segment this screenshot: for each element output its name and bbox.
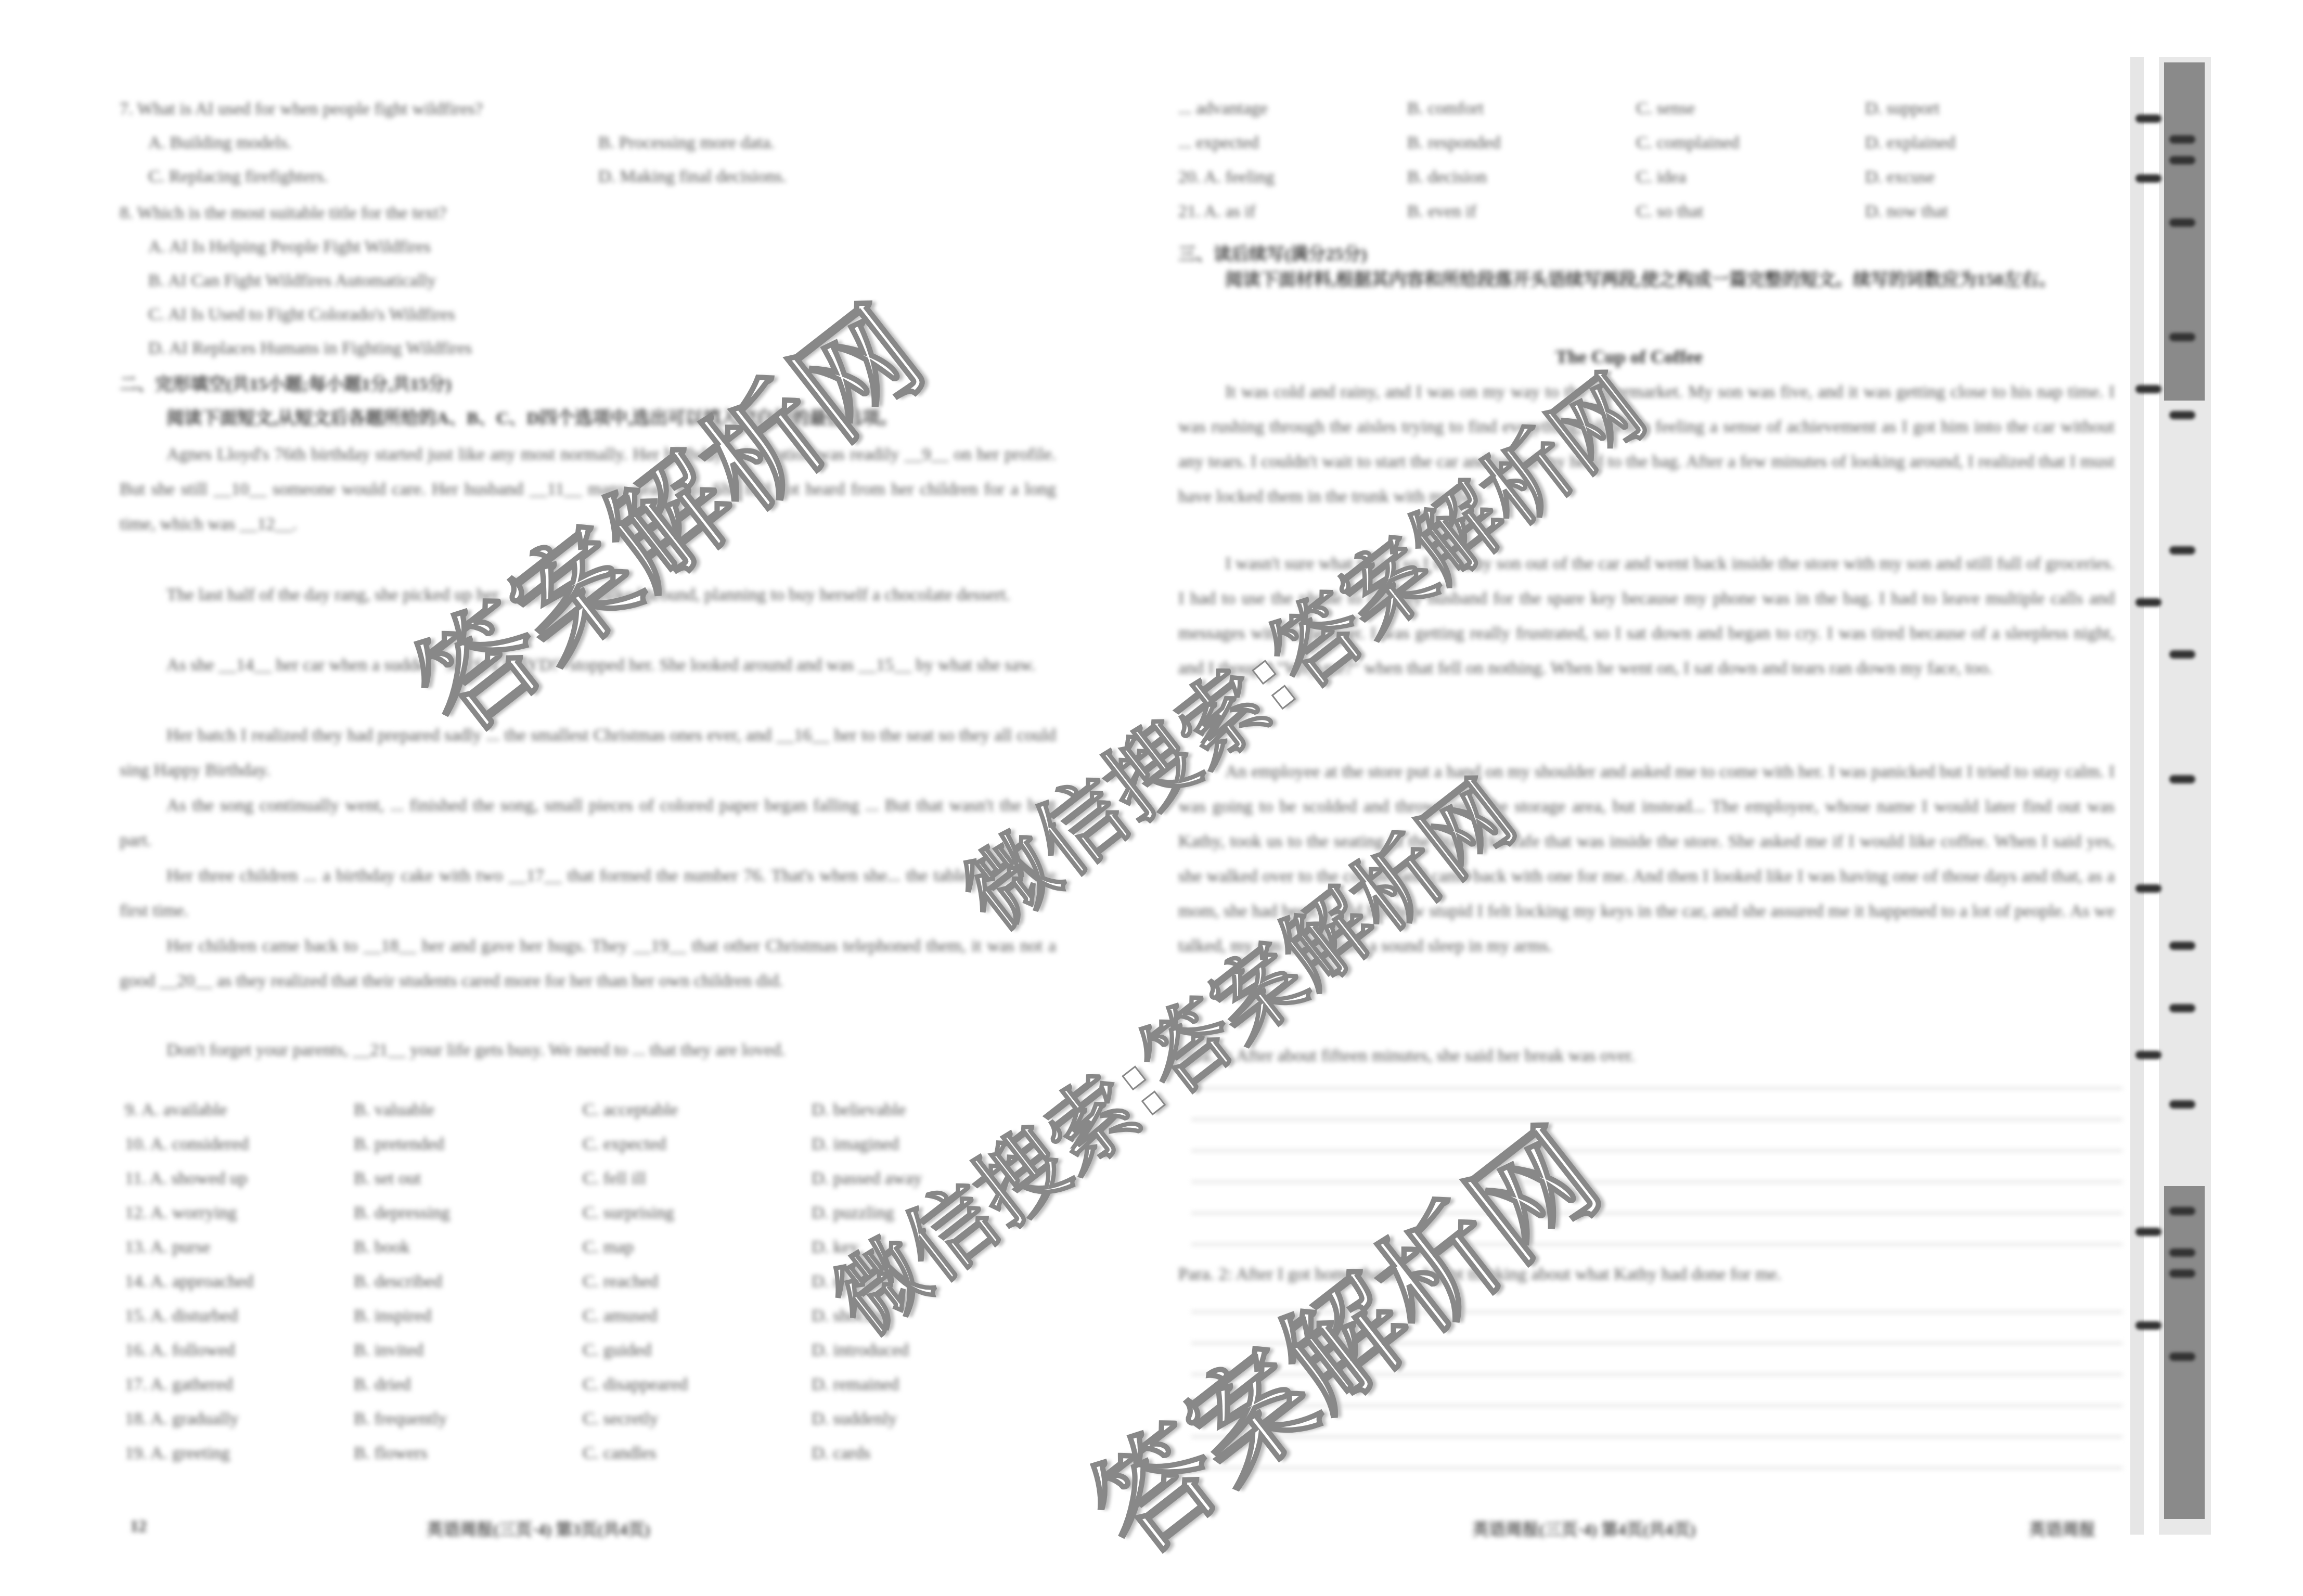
binding-mark-icon	[2169, 135, 2195, 144]
binding-mark-icon	[2169, 775, 2195, 783]
binding-mark-icon	[2135, 1321, 2162, 1330]
answer-line[interactable]	[1191, 1467, 2122, 1469]
answer-line[interactable]	[1191, 1243, 2122, 1245]
cloze-option: C. so that	[1636, 202, 1865, 222]
passage-paragraph-2: I wasn't sure what to do, so I took my s…	[1178, 546, 2115, 686]
writing-section-heading: 三、读后续写(满分25分)	[1178, 244, 1367, 265]
binding-mark-icon	[2169, 1353, 2195, 1361]
binding-mark-icon	[2169, 1269, 2195, 1278]
answer-line[interactable]	[1191, 1150, 2122, 1152]
answer-line[interactable]	[1191, 1436, 2122, 1438]
cloze-option: C. sense	[1636, 99, 1865, 119]
binding-mark-icon	[2169, 1100, 2195, 1109]
cloze-option-row: 20. A. feelingB. decisionC. ideaD. excus…	[1178, 168, 2094, 187]
cloze-option: ... advantage	[1178, 99, 1407, 119]
cloze-option: B. responded	[1407, 133, 1636, 153]
footer-right: 英语周报(三页·4) 第4页(共4页)	[1472, 1516, 1695, 1540]
binding-mark-icon	[2169, 546, 2195, 555]
right-page: ... advantageB. comfortC. senseD. suppor…	[0, 0, 2303, 1596]
cloze-option: C. complained	[1636, 133, 1865, 153]
binding-mark-icon	[2169, 156, 2195, 164]
binding-mark-icon	[2169, 1004, 2195, 1012]
cloze-option: D. support	[1865, 99, 2094, 119]
binding-mark-icon	[2169, 1207, 2195, 1215]
cloze-option: B. decision	[1407, 168, 1636, 187]
binding-mark-icon	[2135, 1051, 2162, 1059]
cloze-option: D. excuse	[1865, 168, 2094, 187]
passage-title: The Cup of Coffee	[1555, 346, 1703, 368]
binding-mark-icon	[2169, 411, 2195, 419]
binding-mark-icon	[2169, 942, 2195, 950]
answer-line[interactable]	[1191, 1087, 2122, 1089]
passage-paragraph-3: An employee at the store put a hand on m…	[1178, 754, 2115, 963]
para-2-prompt: Para. 2: After I got home that day, I ke…	[1178, 1264, 1781, 1285]
binding-mark-icon	[2135, 174, 2162, 183]
binding-mark-icon	[2135, 884, 2162, 893]
footer-brand: 英语周报	[2029, 1516, 2095, 1540]
cloze-option-row: ... advantageB. comfortC. senseD. suppor…	[1178, 99, 2094, 119]
cloze-option-row: 21. A. as ifB. even ifC. so thatD. now t…	[1178, 202, 2094, 222]
answer-line[interactable]	[1191, 1405, 2122, 1407]
binding-mark-icon	[2135, 385, 2162, 393]
cloze-option: 20. A. feeling	[1178, 168, 1407, 187]
cloze-option: B. comfort	[1407, 99, 1636, 119]
cloze-option-row: ... expectedB. respondedC. complainedD. …	[1178, 133, 2094, 153]
answer-line[interactable]	[1191, 1212, 2122, 1214]
binding-mark-icon	[2135, 1228, 2162, 1236]
para-1-prompt: Para. 1: After about fifteen minutes, sh…	[1178, 1046, 1635, 1066]
cloze-option: D. now that	[1865, 202, 2094, 222]
binding-mark-icon	[2169, 1249, 2195, 1257]
binding-mark-icon	[2169, 650, 2195, 659]
binding-mark-icon	[2169, 218, 2195, 227]
answer-line[interactable]	[1191, 1311, 2122, 1313]
writing-instruction: 阅读下面材料,根据其内容和所给段落开头语续写两段,使之构成一篇完整的短文。续写的…	[1178, 263, 2115, 298]
binding-mark-icon	[2135, 114, 2162, 123]
cloze-option: ... expected	[1178, 133, 1407, 153]
passage-paragraph-1: It was cold and rainy, and I was on my w…	[1178, 375, 2115, 514]
binding-mark-icon	[2169, 333, 2195, 341]
cloze-option: D. explained	[1865, 133, 2094, 153]
cloze-option: B. even if	[1407, 202, 1636, 222]
binding-strip-top-block	[2164, 62, 2205, 401]
binding-margin-line	[2130, 57, 2144, 1535]
answer-line[interactable]	[1191, 1373, 2122, 1375]
answer-line[interactable]	[1191, 1118, 2122, 1121]
answer-line[interactable]	[1191, 1342, 2122, 1344]
cloze-option: C. idea	[1636, 168, 1865, 187]
binding-mark-icon	[2135, 598, 2162, 607]
answer-line[interactable]	[1191, 1181, 2122, 1183]
cloze-option: 21. A. as if	[1178, 202, 1407, 222]
